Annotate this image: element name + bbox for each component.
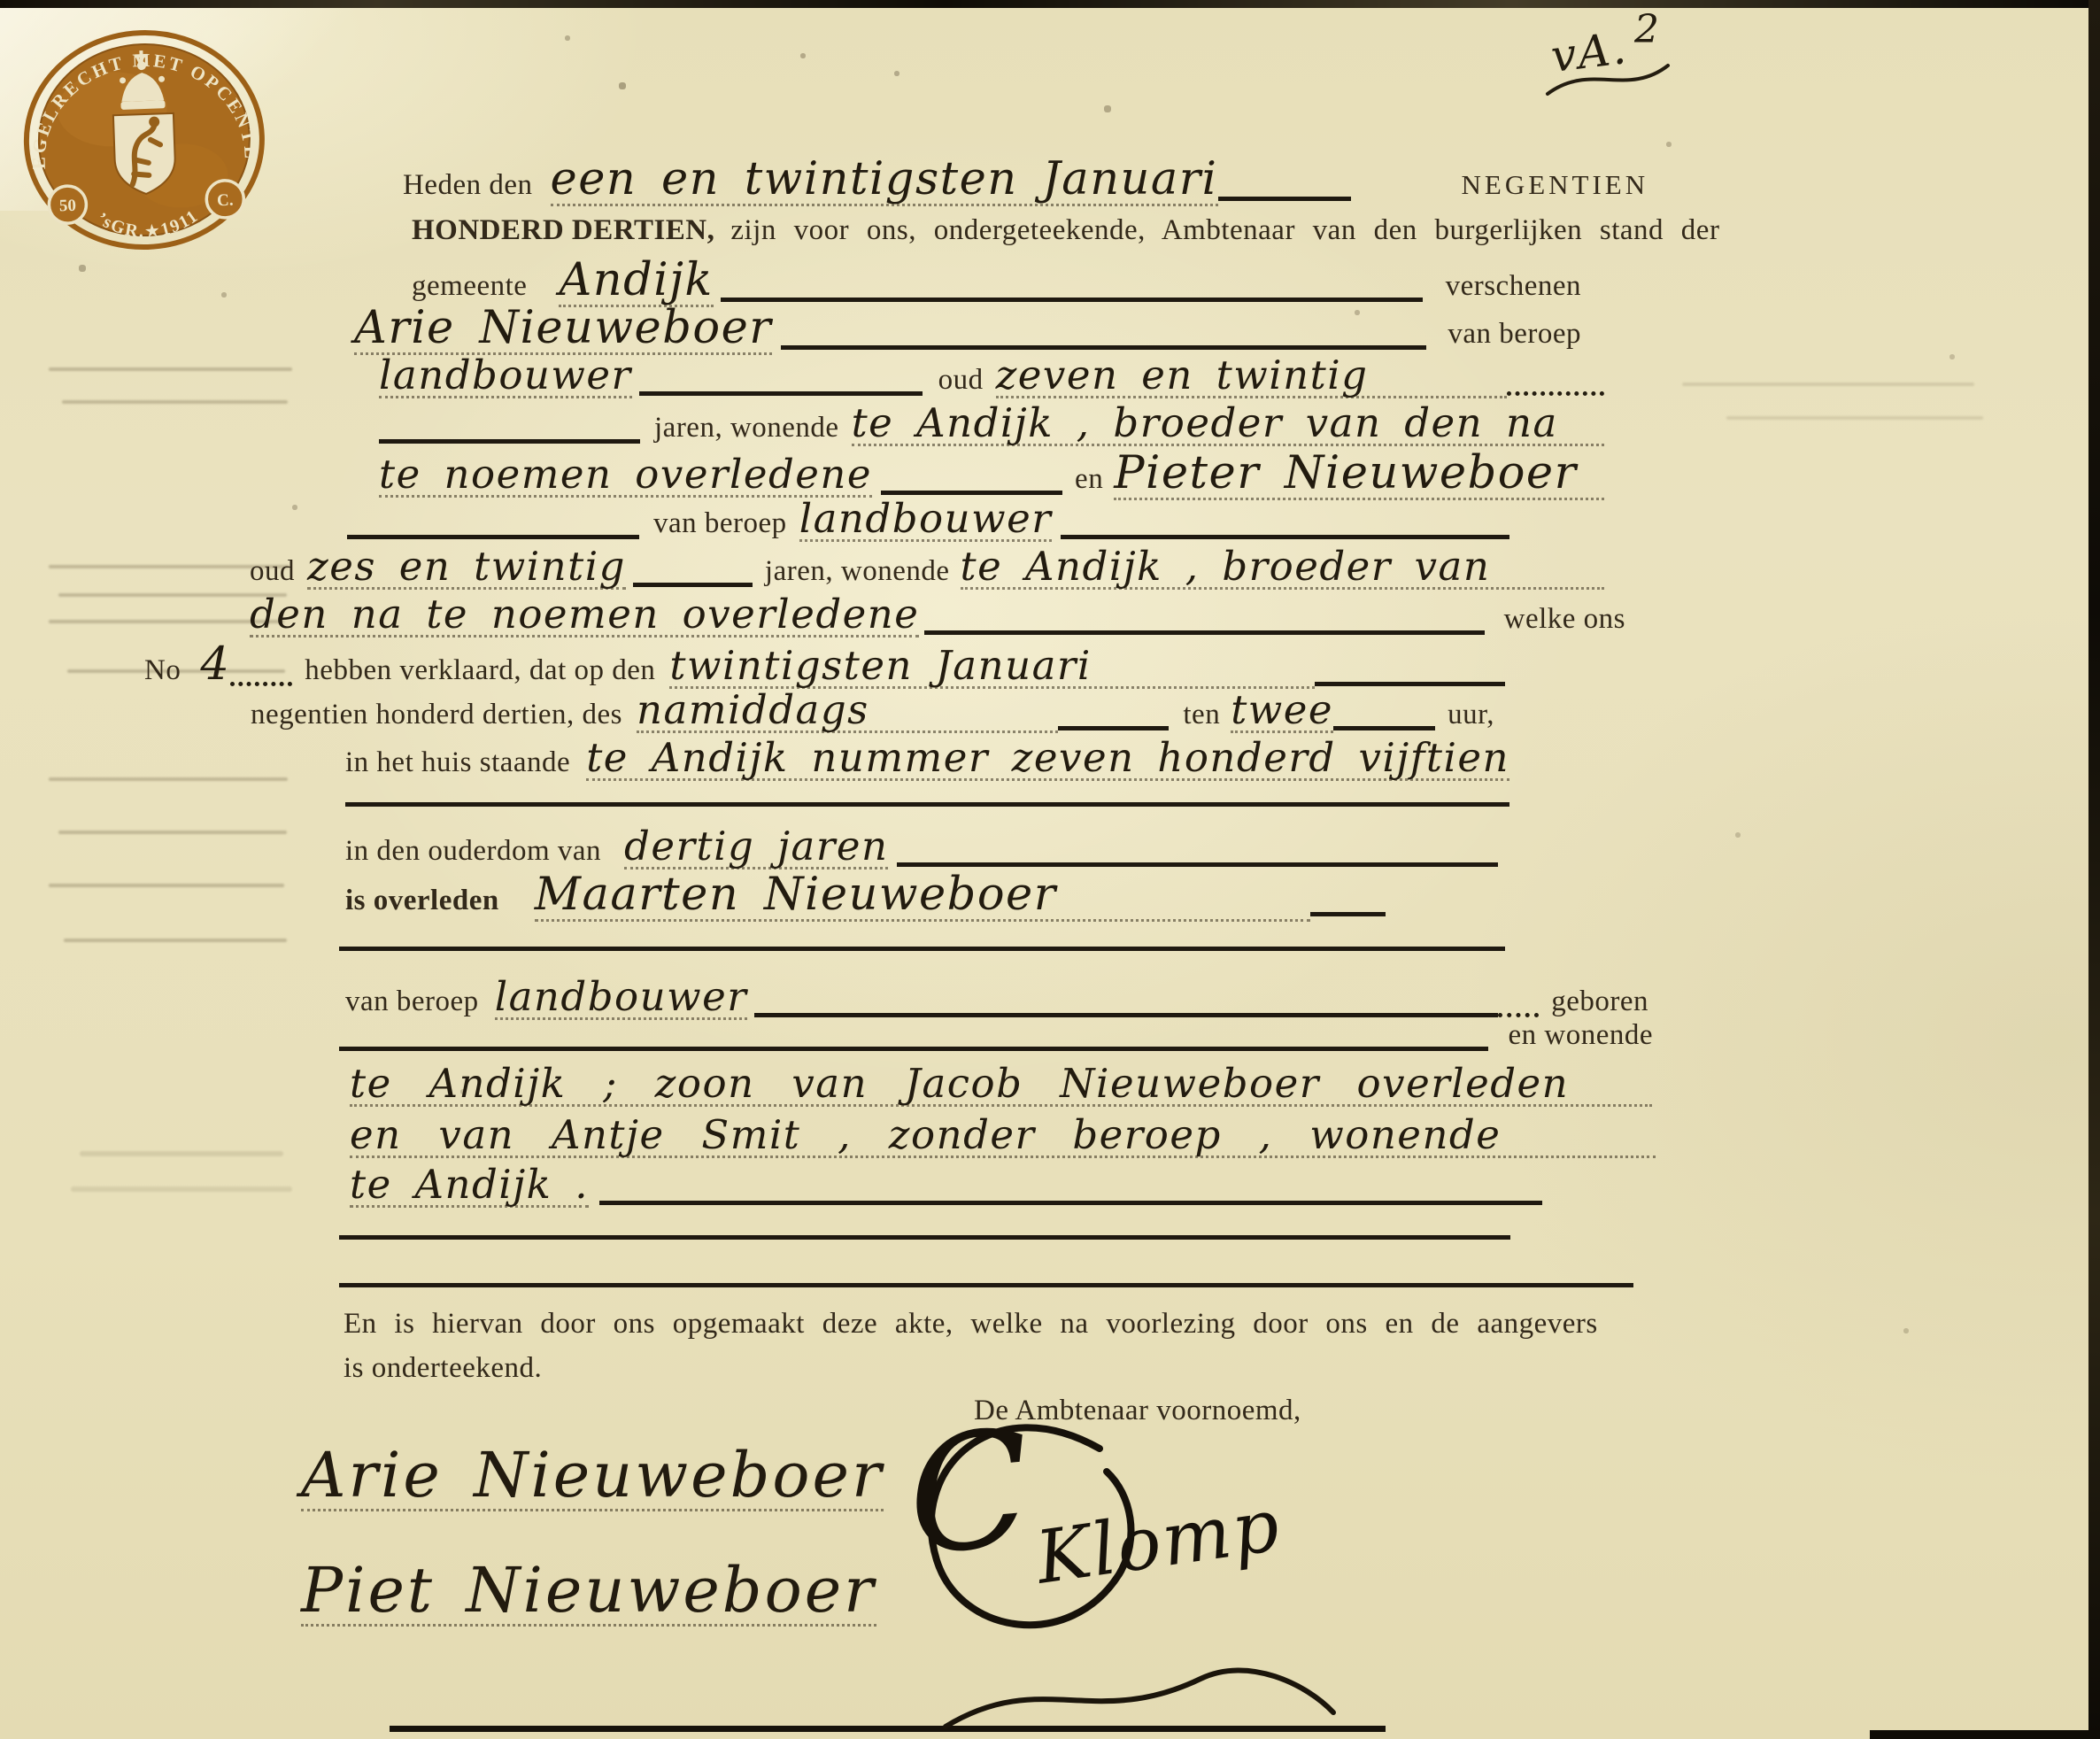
line-declarant1-occupation: landbouwer oud zeven en twintig bbox=[379, 354, 1604, 398]
entry-death-daypart: namiddags bbox=[637, 689, 1058, 733]
spacer bbox=[787, 523, 799, 535]
stamp-value-right: C. bbox=[217, 191, 234, 211]
entry-age-at-death: dertig jaren bbox=[624, 825, 888, 869]
printed-label: oud bbox=[938, 365, 984, 396]
bleed-through-mark bbox=[1682, 383, 1974, 386]
line-death-time: negentien honderd dertien, des namiddags… bbox=[251, 689, 1494, 733]
spacer bbox=[640, 428, 654, 439]
line-blank-rule-3 bbox=[339, 1224, 1510, 1240]
spacer bbox=[570, 762, 586, 774]
rule-line bbox=[1315, 670, 1505, 686]
spacer bbox=[1169, 715, 1183, 726]
spacer bbox=[923, 380, 938, 391]
bleed-through-mark bbox=[1726, 416, 1983, 420]
entry-mother-residence: te Andijk . bbox=[350, 1163, 589, 1208]
line-blank-rule-1 bbox=[345, 791, 1509, 807]
entry-death-address: te Andijk nummer zeven honderd vijftien bbox=[586, 737, 1509, 781]
printed-label: in den ouderdom van bbox=[345, 836, 601, 867]
printed-label: jaren, wonende bbox=[654, 413, 839, 444]
line-declarant2-relation: den na te noemen overledene welke ons bbox=[250, 593, 1625, 638]
rule-line bbox=[721, 286, 1423, 302]
line-blank-rule-2 bbox=[339, 935, 1505, 951]
spacer bbox=[714, 286, 721, 298]
spacer bbox=[181, 670, 200, 682]
rule-line bbox=[339, 1035, 1488, 1051]
label-is-overleden: is overleden bbox=[345, 885, 499, 916]
spacer bbox=[639, 523, 653, 535]
spacer bbox=[626, 571, 633, 583]
line-honderd-dertien: HONDERD DERTIEN, zijn voor ons, onderget… bbox=[412, 215, 1578, 246]
bleed-through-mark bbox=[64, 939, 287, 942]
spacer bbox=[292, 670, 305, 682]
spacer bbox=[1539, 1001, 1551, 1013]
line-blank-rule-4 bbox=[339, 1271, 1633, 1287]
rule-line bbox=[599, 1189, 1542, 1205]
spacer bbox=[1103, 479, 1114, 491]
printed-label: jaren, wonende bbox=[765, 556, 950, 587]
spacer bbox=[1423, 286, 1446, 298]
spacer bbox=[622, 715, 637, 726]
printed-label: verschenen bbox=[1446, 271, 1581, 302]
rule-line bbox=[1310, 900, 1386, 916]
printed-label: ten bbox=[1183, 699, 1220, 730]
printed-label: oud bbox=[250, 556, 295, 587]
printed-label: in het huis staande bbox=[345, 747, 570, 778]
bleed-through-mark bbox=[58, 831, 287, 834]
entry-act-date: een en twintigsten Januari bbox=[551, 156, 1218, 206]
line-parents-3: te Andijk . bbox=[350, 1163, 1542, 1208]
bleed-through-mark bbox=[71, 1186, 292, 1192]
signature-declarant1: Arie Nieuweboer bbox=[301, 1443, 884, 1511]
bleed-through-mark bbox=[49, 367, 292, 371]
blank-rule bbox=[345, 791, 1509, 807]
revenue-stamp: ZEGELRECHT MET OPCENTEN ’sGR.★1911 50 C. bbox=[18, 22, 274, 263]
paper-edge-top bbox=[0, 0, 2100, 8]
entry-declarant2-age: zes en twintig bbox=[307, 545, 626, 590]
rule-line bbox=[379, 428, 640, 444]
printed-label: uur, bbox=[1448, 699, 1494, 730]
entry-deceased-name: Maarten Nieuweboer bbox=[535, 871, 1310, 922]
paper-edge-right bbox=[2088, 0, 2100, 1739]
spacer bbox=[984, 380, 996, 391]
spacer bbox=[295, 571, 307, 583]
printed-label: welke ons bbox=[1504, 604, 1625, 635]
bleed-through-mark bbox=[62, 400, 288, 404]
spacer bbox=[527, 286, 559, 298]
line-deceased-name: is overleden Maarten Nieuweboer bbox=[345, 871, 1386, 922]
dotted-line bbox=[230, 670, 292, 686]
bleed-through-mark bbox=[49, 884, 284, 887]
spacer bbox=[1052, 523, 1061, 535]
line-declarant1-residence: jaren, wonende te Andijk , broeder van d… bbox=[379, 402, 1604, 446]
line-declarant2-age: oud zes en twintig jaren, wonende te And… bbox=[250, 545, 1604, 590]
line-gemeente: gemeente Andijk verschenen bbox=[412, 257, 1581, 307]
label-no: No bbox=[144, 655, 181, 686]
rule-line bbox=[1333, 715, 1435, 730]
death-certificate-page: ZEGELRECHT MET OPCENTEN ’sGR.★1911 50 C.… bbox=[0, 0, 2100, 1739]
line-age-at-death: in den ouderdom van dertig jaren bbox=[345, 825, 1498, 869]
line-parents-2: en van Antje Smit , zonder beroep , wone… bbox=[350, 1114, 1656, 1158]
dotted-line bbox=[1507, 380, 1604, 396]
signature-official-initial: C bbox=[900, 1395, 1038, 1590]
printed-label: Heden den bbox=[403, 170, 533, 201]
entry-residence-and-father: te Andijk ; zoon van Jacob Nieuweboer ov… bbox=[350, 1063, 1652, 1107]
spacer bbox=[1488, 1035, 1508, 1047]
entry-act-number: 4 bbox=[200, 641, 230, 689]
printed-label: HONDERD DERTIEN, bbox=[412, 215, 714, 246]
entry-mother: en van Antje Smit , zonder beroep , wone… bbox=[350, 1114, 1656, 1158]
line-signature-1: Arie Nieuweboer bbox=[301, 1443, 797, 1511]
rule-line bbox=[754, 1001, 1498, 1017]
spacer bbox=[601, 851, 624, 862]
spacer bbox=[772, 334, 781, 345]
line-en-wonende: en wonende bbox=[339, 1020, 1653, 1051]
closing-line-2: is onderteekend. bbox=[344, 1353, 542, 1384]
spacer bbox=[533, 185, 551, 197]
rule-line bbox=[347, 523, 639, 539]
printed-label: van beroep bbox=[1448, 319, 1581, 350]
line-deceased-occupation: van beroep landbouwer geboren bbox=[345, 976, 1648, 1020]
printed-label: en bbox=[1075, 464, 1103, 495]
spacer bbox=[1485, 619, 1504, 630]
printed-label: van beroep bbox=[653, 508, 787, 539]
printed-label: hebben verklaard, dat op den bbox=[305, 655, 655, 686]
entry-declarant2-residence: te Andijk , broeder van bbox=[961, 545, 1605, 590]
stamp-value-left: 50 bbox=[59, 197, 77, 216]
spacer bbox=[888, 851, 897, 862]
entry-declarant1-relation: te noemen overledene bbox=[379, 453, 872, 498]
spacer bbox=[1062, 479, 1075, 491]
line-closing-2: is onderteekend. bbox=[344, 1353, 885, 1384]
entry-declarant2-occupation: landbouwer bbox=[799, 498, 1053, 542]
printed-label: zijn voor ons, ondergeteekende, Ambtenaa… bbox=[730, 215, 1719, 246]
spacer bbox=[655, 670, 669, 682]
line-heden-den: Heden den een en twintigsten Januari NEG… bbox=[403, 156, 1625, 206]
spacer bbox=[747, 1001, 754, 1013]
printed-label: van beroep bbox=[345, 986, 479, 1017]
entry-declarant1-age: zeven en twintig bbox=[996, 354, 1507, 398]
entry-declarant2-name: Pieter Nieuweboer bbox=[1114, 450, 1604, 500]
bleed-through-mark bbox=[49, 777, 288, 781]
line-parents-1: te Andijk ; zoon van Jacob Nieuweboer ov… bbox=[350, 1063, 1652, 1107]
spacer bbox=[1351, 185, 1462, 197]
spacer bbox=[950, 571, 961, 583]
paraph-flourish bbox=[1542, 55, 1675, 104]
entry-deceased-occupation: landbouwer bbox=[495, 976, 748, 1020]
entry-declarant1-residence: te Andijk , broeder van den na bbox=[852, 402, 1604, 446]
blank-rule bbox=[339, 1224, 1510, 1240]
signature-declarant2: Piet Nieuweboer bbox=[301, 1558, 876, 1627]
printed-label: en wonende bbox=[1508, 1020, 1653, 1051]
closing-line-1: En is hiervan door ons opgemaakt deze ak… bbox=[344, 1309, 1598, 1340]
rule-line bbox=[639, 380, 923, 396]
rule-line bbox=[897, 851, 1498, 867]
spacer bbox=[1426, 334, 1448, 345]
blank-rule bbox=[339, 935, 1505, 951]
page-number: 2 bbox=[1634, 7, 1659, 52]
rule-line bbox=[1218, 185, 1351, 201]
entry-declarant1-occupation: landbouwer bbox=[379, 354, 632, 398]
rule-line bbox=[781, 334, 1426, 350]
spacer bbox=[839, 428, 852, 439]
spacer bbox=[632, 380, 639, 391]
spacer bbox=[589, 1189, 599, 1201]
entry-gemeente: Andijk bbox=[559, 257, 713, 307]
line-act-number: No 4 hebben verklaard, dat op den twinti… bbox=[144, 641, 1505, 689]
entry-declarant1-name: Arie Nieuweboer bbox=[354, 305, 772, 355]
rule-line bbox=[1061, 523, 1509, 539]
spacer bbox=[753, 571, 765, 583]
next-act-flourish bbox=[938, 1658, 1346, 1739]
entry-death-date: twintigsten Januari bbox=[669, 645, 1315, 689]
entry-declarant2-relation: den na te noemen overledene bbox=[250, 593, 919, 638]
printed-label: gemeente bbox=[412, 271, 527, 302]
spacer bbox=[872, 479, 881, 491]
rule-line bbox=[881, 479, 1062, 495]
line-declarant2-occupation: van beroep landbouwer bbox=[347, 498, 1509, 542]
paper-edge-bottom-right bbox=[1870, 1730, 2100, 1739]
bleed-through-mark bbox=[80, 1151, 283, 1156]
spacer bbox=[479, 1001, 495, 1013]
line-declarant1-name: Arie Nieuweboer van beroep bbox=[354, 305, 1581, 355]
rule-line bbox=[633, 571, 753, 587]
line-death-address: in het huis staande te Andijk nummer zev… bbox=[345, 737, 1509, 781]
printed-label: geboren bbox=[1551, 986, 1648, 1017]
blank-rule bbox=[339, 1271, 1633, 1287]
line-closing-1: En is hiervan door ons opgemaakt deze ak… bbox=[344, 1309, 1635, 1340]
label-negentien: NEGENTIEN bbox=[1462, 171, 1649, 200]
printed-label: negentien honderd dertien, des bbox=[251, 699, 622, 730]
line-signature-2: Piet Nieuweboer bbox=[301, 1558, 801, 1627]
rule-line bbox=[924, 619, 1484, 635]
entry-death-hour: twee bbox=[1231, 689, 1333, 733]
dotted-line bbox=[1498, 1001, 1539, 1017]
rule-line bbox=[1058, 715, 1169, 730]
spacer bbox=[714, 230, 730, 242]
spacer bbox=[1435, 715, 1448, 726]
line-declarant1-relation: te noemen overledene en Pieter Nieuweboe… bbox=[379, 450, 1604, 500]
spacer bbox=[1220, 715, 1231, 726]
spacer bbox=[499, 900, 535, 912]
